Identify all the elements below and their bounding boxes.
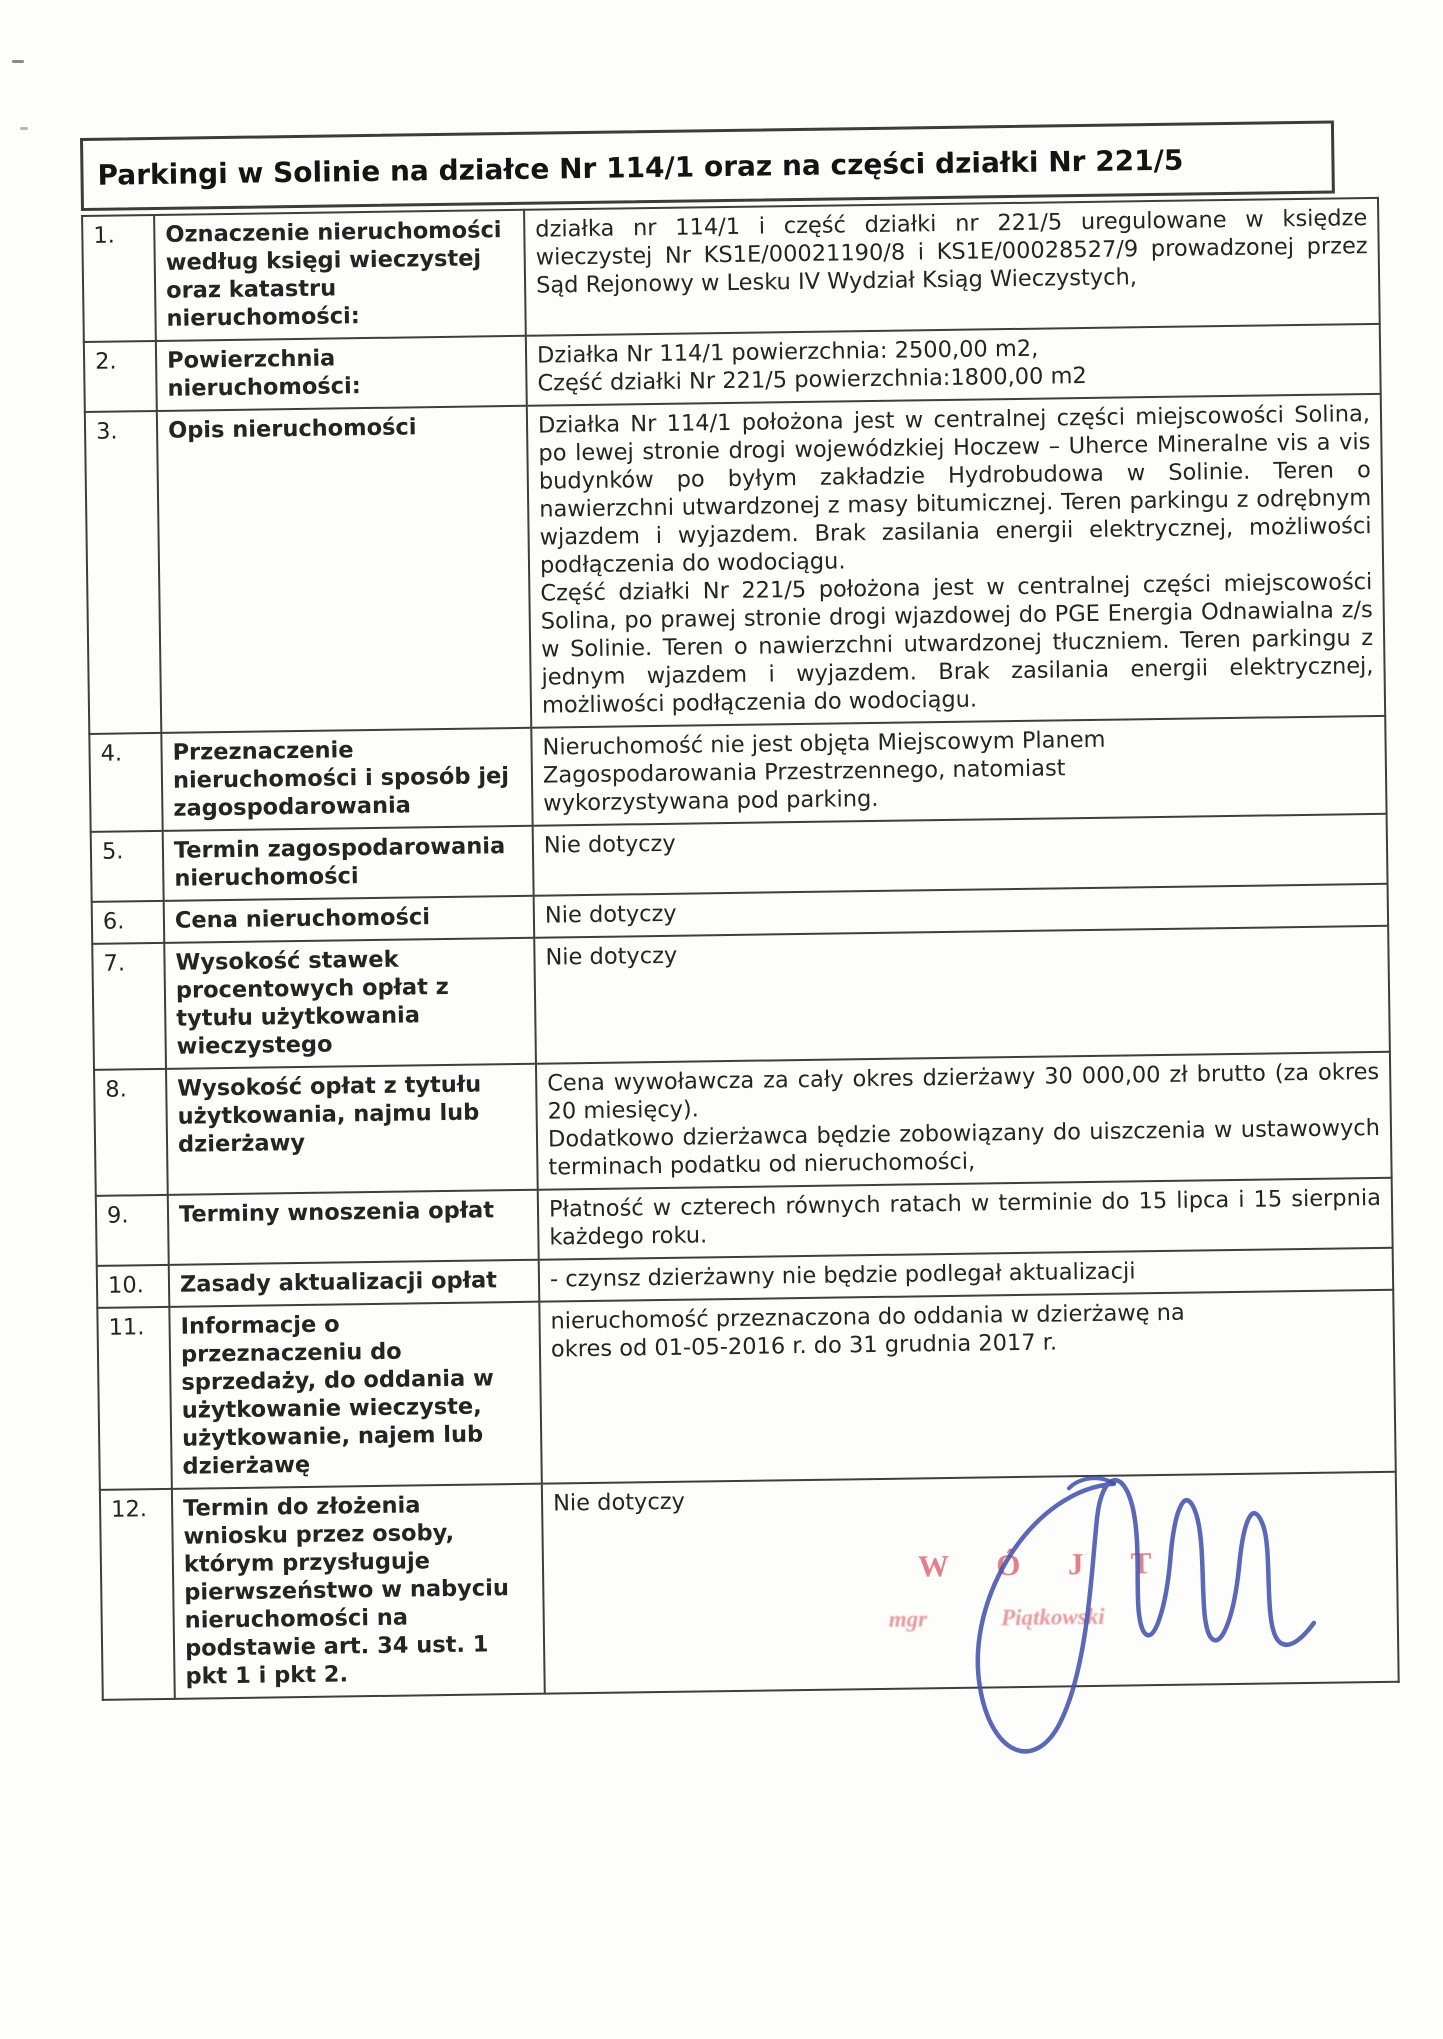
row-number: 7. <box>92 943 166 1070</box>
table-row: 1. Oznaczenie nieruchomości według księg… <box>82 198 1380 342</box>
value-line: Nie dotyczy <box>545 890 1377 930</box>
value-line: Działka Nr 114/1 położona jest w central… <box>538 400 1372 580</box>
row-label: Informacje o przeznaczeniu do sprzedaży,… <box>169 1302 542 1489</box>
value-line: działka nr 114/1 i część działki nr 221/… <box>535 204 1368 300</box>
row-label: Powierzchnia nieruchomości: <box>156 336 527 411</box>
row-label: Przeznaczenie nieruchomości i sposób jej… <box>161 728 532 831</box>
row-value: Nieruchomość nie jest objęta Miejscowym … <box>531 716 1386 826</box>
value-line: Płatność w czterech równych ratach w ter… <box>549 1184 1382 1252</box>
row-number: 11. <box>97 1307 172 1490</box>
row-value: Płatność w czterech równych ratach w ter… <box>538 1178 1393 1260</box>
row-number: 2. <box>84 341 157 412</box>
row-label: Cena nieruchomości <box>164 896 535 943</box>
signature-block: W Ó J T mgr Piątkowski <box>858 1451 1345 1928</box>
row-value: Działka Nr 114/1 powierzchnia: 2500,00 m… <box>526 324 1381 406</box>
scanned-page: { "doc": { "title": "Parkingi w Solinie … <box>0 0 1443 2039</box>
page-title: Parkingi w Solinie na działce Nr 114/1 o… <box>80 120 1335 211</box>
row-number: 5. <box>91 831 164 902</box>
row-number: 12. <box>100 1489 175 1700</box>
row-value: Nie dotyczy <box>534 926 1390 1064</box>
row-number: 4. <box>89 733 162 832</box>
scan-artifact <box>20 127 28 130</box>
table-row: 3. Opis nieruchomości Działka Nr 114/1 p… <box>85 394 1385 734</box>
table-row: 4. Przeznaczenie nieruchomości i sposób … <box>89 716 1386 832</box>
row-label: Terminy wnoszenia opłat <box>168 1190 539 1265</box>
row-label: Wysokość stawek procentowych opłat z tyt… <box>164 938 536 1069</box>
table-row: 7. Wysokość stawek procentowych opłat z … <box>92 926 1390 1070</box>
scanned-sheet: Parkingi w Solinie na działce Nr 114/1 o… <box>80 120 1359 1957</box>
row-label: Termin do złożenia wniosku przez osoby, … <box>172 1484 545 1699</box>
row-number: 9. <box>96 1195 169 1266</box>
row-label: Wysokość opłat z tytułu użytkowania, naj… <box>166 1064 538 1195</box>
document-page: Parkingi w Solinie na działce Nr 114/1 o… <box>0 0 1443 2039</box>
value-line: Nie dotyczy <box>545 932 1377 972</box>
value-line: Nie dotyczy <box>544 820 1376 860</box>
row-label: Termin zagospodarowania nieruchomości <box>163 826 534 901</box>
row-label: Zasady aktualizacji opłat <box>169 1260 540 1307</box>
value-line: Część działki Nr 221/5 położona jest w c… <box>540 568 1374 720</box>
table-row: 8. Wysokość opłat z tytułu użytkowania, … <box>94 1052 1392 1196</box>
signature-ink-icon <box>858 1451 1345 1928</box>
scan-artifact <box>12 60 24 63</box>
value-line: Dodatkowo dzierżawca będzie zobowiązany … <box>548 1114 1381 1182</box>
row-number: 10. <box>97 1265 170 1308</box>
row-value: Działka Nr 114/1 położona jest w central… <box>527 394 1385 728</box>
row-label: Opis nieruchomości <box>157 406 531 733</box>
row-value: Nie dotyczy <box>533 814 1388 896</box>
value-line: - czynsz dzierżawny nie będzie podlegał … <box>550 1254 1382 1294</box>
row-value: działka nr 114/1 i część działki nr 221/… <box>524 198 1380 336</box>
row-number: 3. <box>85 411 161 734</box>
row-label: Oznaczenie nieruchomości według księgi w… <box>154 210 526 341</box>
row-number: 8. <box>94 1069 168 1196</box>
row-value: Cena wywoławcza za cały okres dzierżawy … <box>536 1052 1392 1190</box>
row-number: 6. <box>92 901 165 944</box>
row-number: 1. <box>82 215 156 342</box>
